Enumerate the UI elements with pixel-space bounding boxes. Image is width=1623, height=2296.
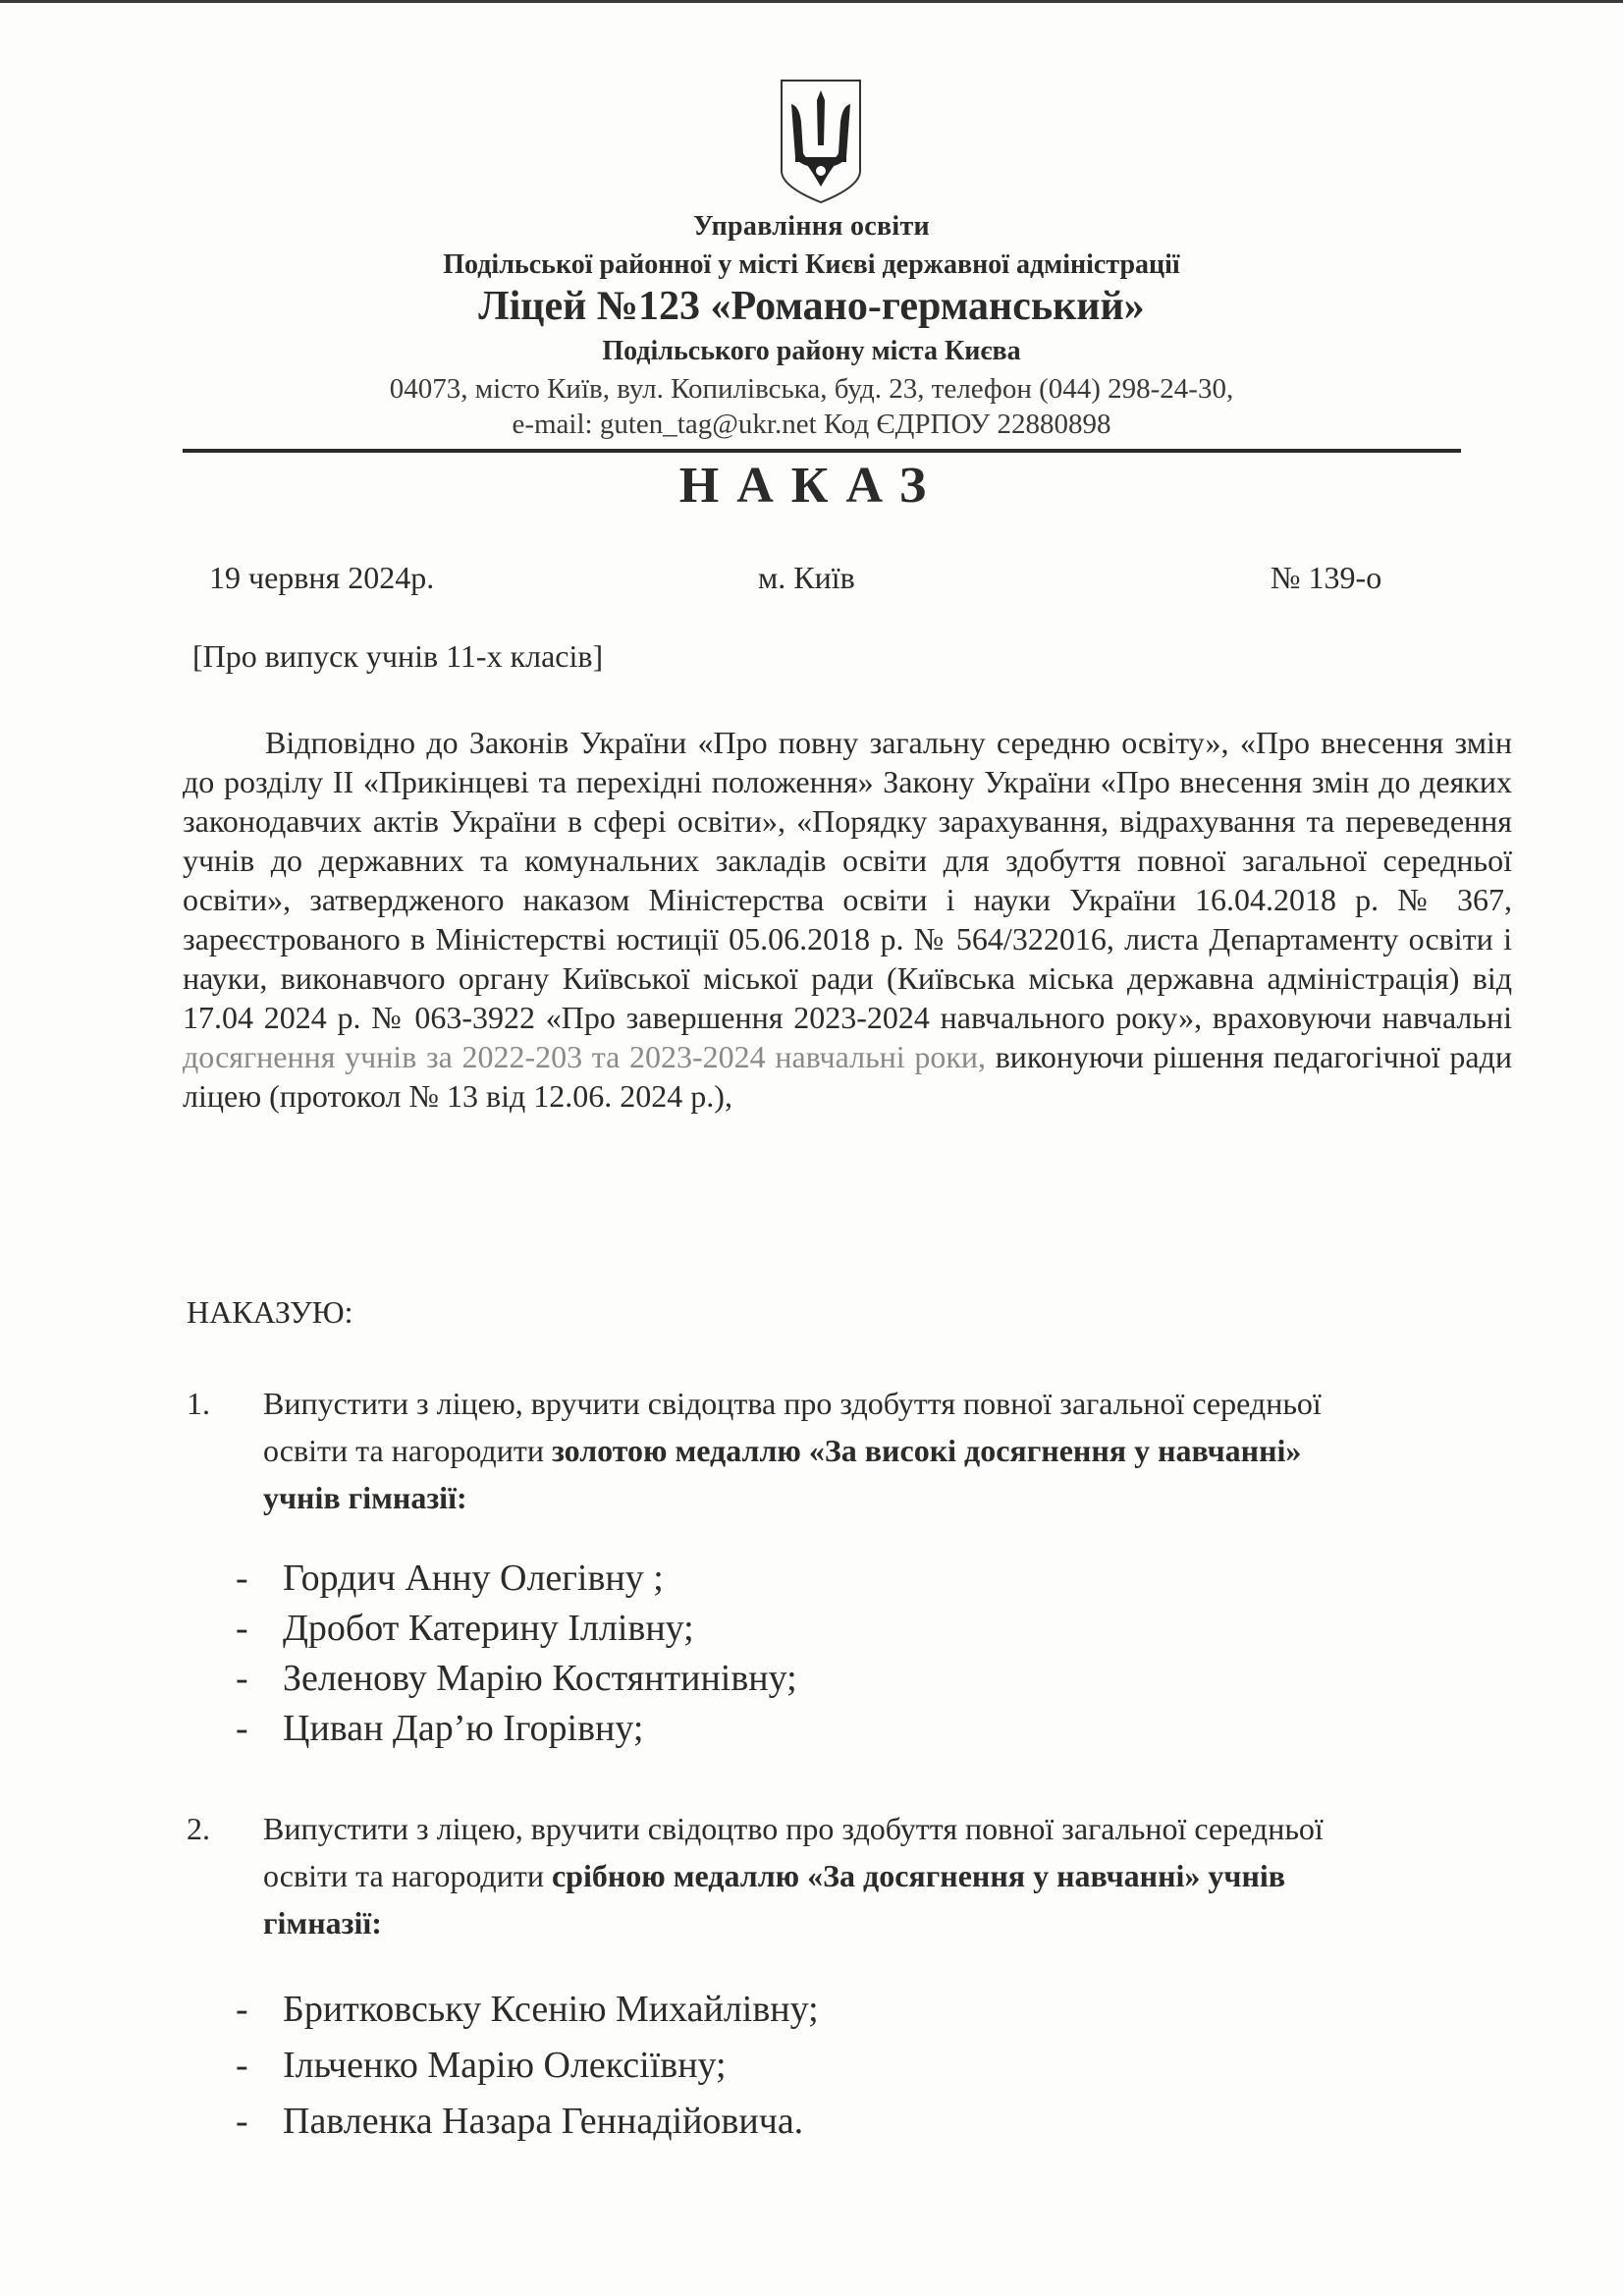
student-name: Зеленову Марію Костянтинівну; (283, 1654, 797, 1704)
student-name: Дробот Катерину Іллівну; (283, 1604, 694, 1654)
document-date: 19 червня 2024р. (209, 560, 434, 596)
student-name: Бритковську Ксенію Михайлівну; (283, 1982, 819, 2038)
order-word: НАКАЗУЮ: (187, 1294, 353, 1331)
list-item: -Циван Дар’ю Ігорівну; (236, 1704, 797, 1754)
preamble-paragraph: Відповідно до Законів України «Про повну… (183, 723, 1512, 1116)
document-subject: [Про випуск учнів 11-х класів] (192, 638, 603, 675)
list-item: -Бритковську Ксенію Михайлівну; (236, 1982, 819, 2038)
item-text-tail: учнів гімназії: (263, 1480, 467, 1515)
item-award: срібною медаллю «За досягнення у навчанн… (552, 1858, 1200, 1893)
ukraine-trident-icon (778, 77, 864, 206)
preamble-part-2: досягнення учнів за 2022-203 та 2023-202… (183, 1039, 986, 1074)
list-item: -Ільченко Марію Олексіївну; (236, 2038, 819, 2094)
school-contacts: e-mail: guten_tag@ukr.net Код ЄДРПОУ 228… (0, 409, 1623, 441)
silver-medal-students-list: -Бритковську Ксенію Михайлівну; -Ільченк… (236, 1982, 819, 2150)
list-item: -Гордич Анну Олегівну ; (236, 1554, 797, 1604)
header-divider (183, 449, 1461, 453)
item-number: 1. (187, 1380, 245, 1427)
order-item-1: 1. Випустити з ліцею, вручити свідоцтва … (187, 1380, 1343, 1521)
department-line-1: Управління освіти (0, 211, 1623, 243)
document-number: № 139-о (1271, 560, 1381, 596)
document-title: НАКАЗ (0, 457, 1623, 515)
gold-medal-students-list: -Гордич Анну Олегівну ; -Дробот Катерину… (236, 1554, 797, 1754)
department-line-2: Подільської районної у місті Києві держа… (0, 249, 1623, 281)
order-item-2: 2. Випустити з ліцею, вручити свідоцтво … (187, 1805, 1343, 1946)
school-district: Подільського району міста Києва (0, 336, 1623, 367)
item-text: Випустити з ліцею, вручити свідоцтво про… (263, 1805, 1343, 1946)
student-name: Гордич Анну Олегівну ; (283, 1554, 664, 1604)
document-city: м. Київ (758, 560, 855, 596)
school-name: Ліцей №123 «Романо-германський» (0, 283, 1623, 330)
school-address: 04073, місто Київ, вул. Копилівська, буд… (0, 373, 1623, 406)
list-item: -Павленка Назара Геннадійовича. (236, 2094, 819, 2150)
item-text: Випустити з ліцею, вручити свідоцтва про… (263, 1380, 1343, 1521)
preamble-part-1: Відповідно до Законів України «Про повну… (183, 725, 1512, 1035)
student-name: Павленка Назара Геннадійовича. (283, 2094, 803, 2150)
list-item: -Зеленову Марію Костянтинівну; (236, 1654, 797, 1704)
item-number: 2. (187, 1805, 245, 1852)
item-award: золотою медаллю «За високі досягнення у … (552, 1433, 1301, 1468)
student-name: Циван Дар’ю Ігорівну; (283, 1704, 643, 1754)
student-name: Ільченко Марію Олексіївну; (283, 2038, 727, 2094)
scan-top-edge (0, 0, 1623, 3)
list-item: -Дробот Катерину Іллівну; (236, 1604, 797, 1654)
